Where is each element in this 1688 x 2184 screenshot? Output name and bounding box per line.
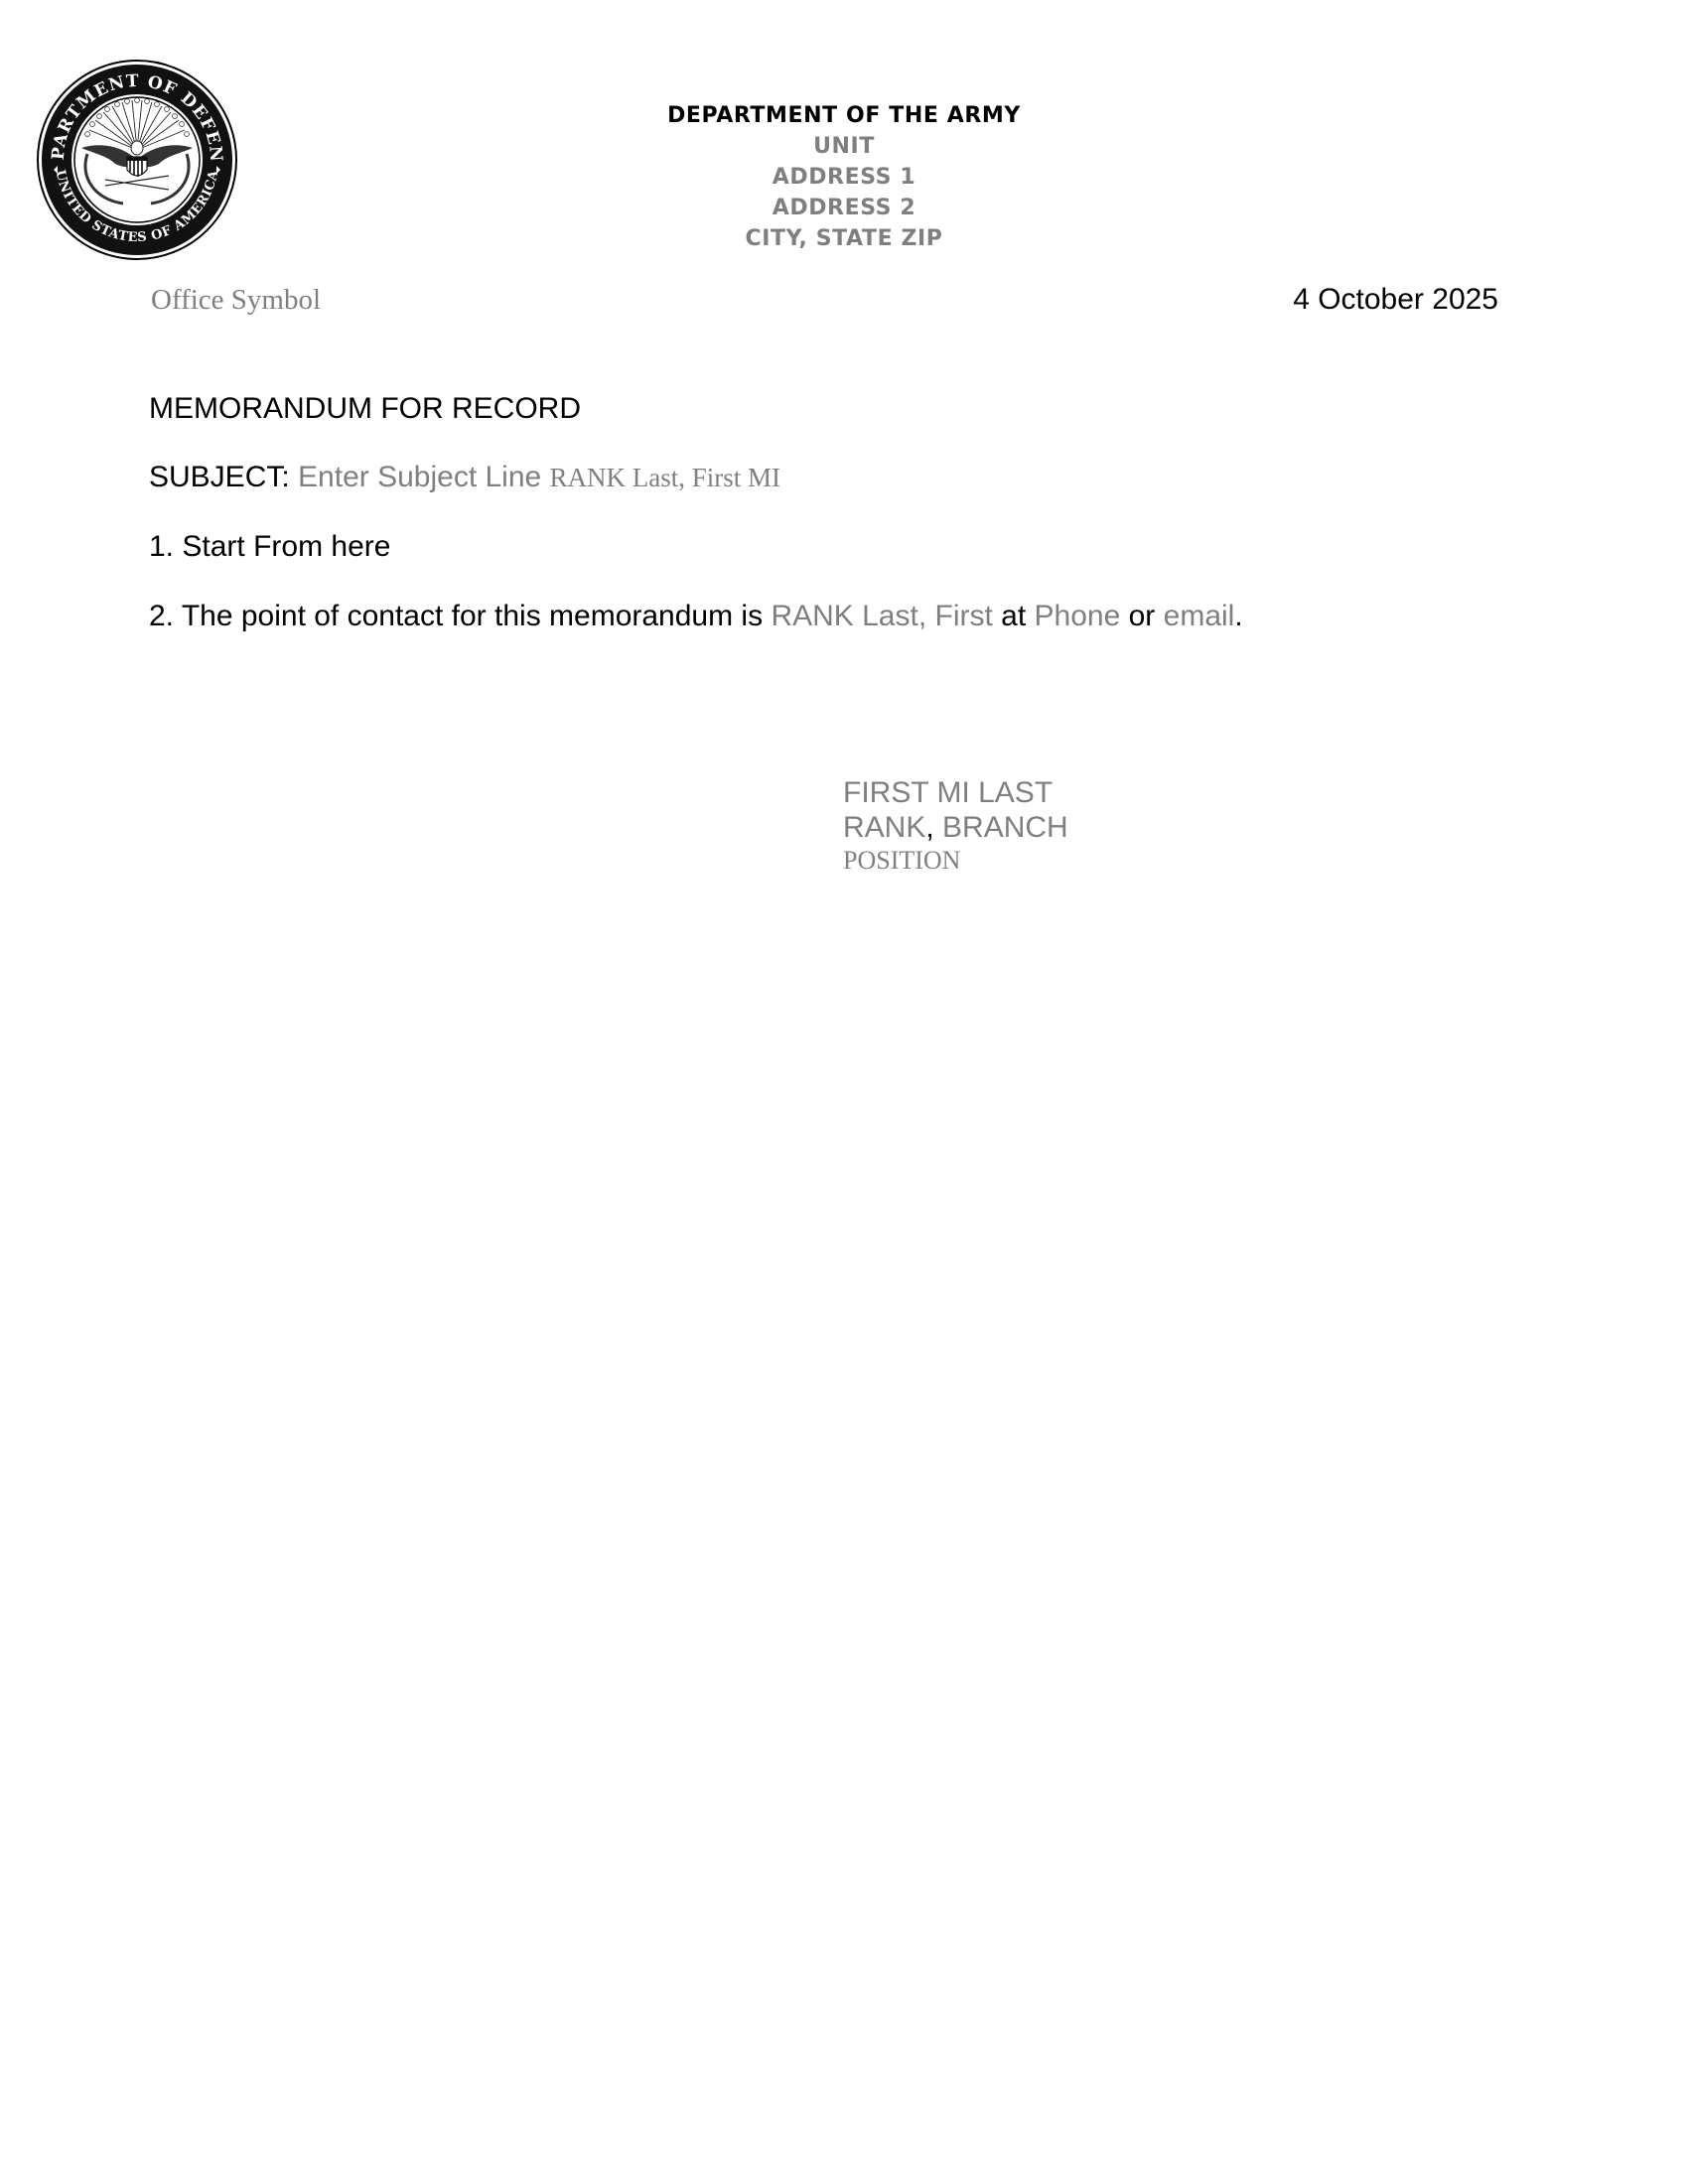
poc-email-field[interactable]: email bbox=[1164, 600, 1235, 632]
signer-name-field[interactable]: FIRST MI LAST bbox=[843, 775, 1068, 810]
paragraph-lead: The point of contact for this memorandum… bbox=[182, 600, 763, 632]
paragraph-number: 2. bbox=[149, 600, 174, 632]
office-symbol-field[interactable]: Office Symbol bbox=[151, 284, 321, 317]
signer-rank-branch: RANK, BRANCH bbox=[843, 810, 1068, 845]
subject-text-field[interactable]: Enter Subject Line bbox=[298, 461, 541, 493]
address1-field[interactable]: ADDRESS 1 bbox=[0, 162, 1688, 193]
memorandum-for-line: MEMORANDUM FOR RECORD bbox=[149, 392, 581, 426]
signer-position-field[interactable]: POSITION bbox=[843, 845, 1068, 877]
unit-field[interactable]: UNIT bbox=[0, 131, 1688, 162]
letterhead: DEPARTMENT OF THE ARMY UNIT ADDRESS 1 AD… bbox=[0, 100, 1688, 254]
memo-page: DEPARTMENT OF DEFENSE UNITED STATES OF A… bbox=[0, 0, 1688, 2184]
memo-date[interactable]: 4 October 2025 bbox=[1293, 283, 1498, 317]
paragraph-1: 1. Start From here bbox=[149, 530, 390, 564]
address2-field[interactable]: ADDRESS 2 bbox=[0, 193, 1688, 223]
subject-label: SUBJECT: bbox=[149, 461, 290, 493]
period: . bbox=[1234, 600, 1242, 632]
paragraph-text[interactable]: Start From here bbox=[182, 530, 390, 563]
at-word: at bbox=[1001, 600, 1026, 632]
signer-branch-field[interactable]: BRANCH bbox=[942, 811, 1068, 844]
city-state-zip-field[interactable]: CITY, STATE ZIP bbox=[0, 223, 1688, 254]
paragraph-number: 1. bbox=[149, 530, 174, 563]
signer-rank-field[interactable]: RANK bbox=[843, 811, 925, 844]
signature-block: FIRST MI LAST RANK, BRANCH POSITION bbox=[843, 775, 1068, 877]
subject-line: SUBJECT: Enter Subject Line RANK Last, F… bbox=[149, 461, 780, 494]
poc-phone-field[interactable]: Phone bbox=[1035, 600, 1121, 632]
poc-name-field[interactable]: RANK Last, First bbox=[771, 600, 992, 632]
paragraph-2: 2. The point of contact for this memoran… bbox=[149, 600, 1243, 633]
rank-comma: , bbox=[925, 811, 933, 844]
organization-name: DEPARTMENT OF THE ARMY bbox=[0, 100, 1688, 131]
or-word: or bbox=[1129, 600, 1156, 632]
subject-name-field[interactable]: RANK Last, First MI bbox=[550, 463, 781, 492]
